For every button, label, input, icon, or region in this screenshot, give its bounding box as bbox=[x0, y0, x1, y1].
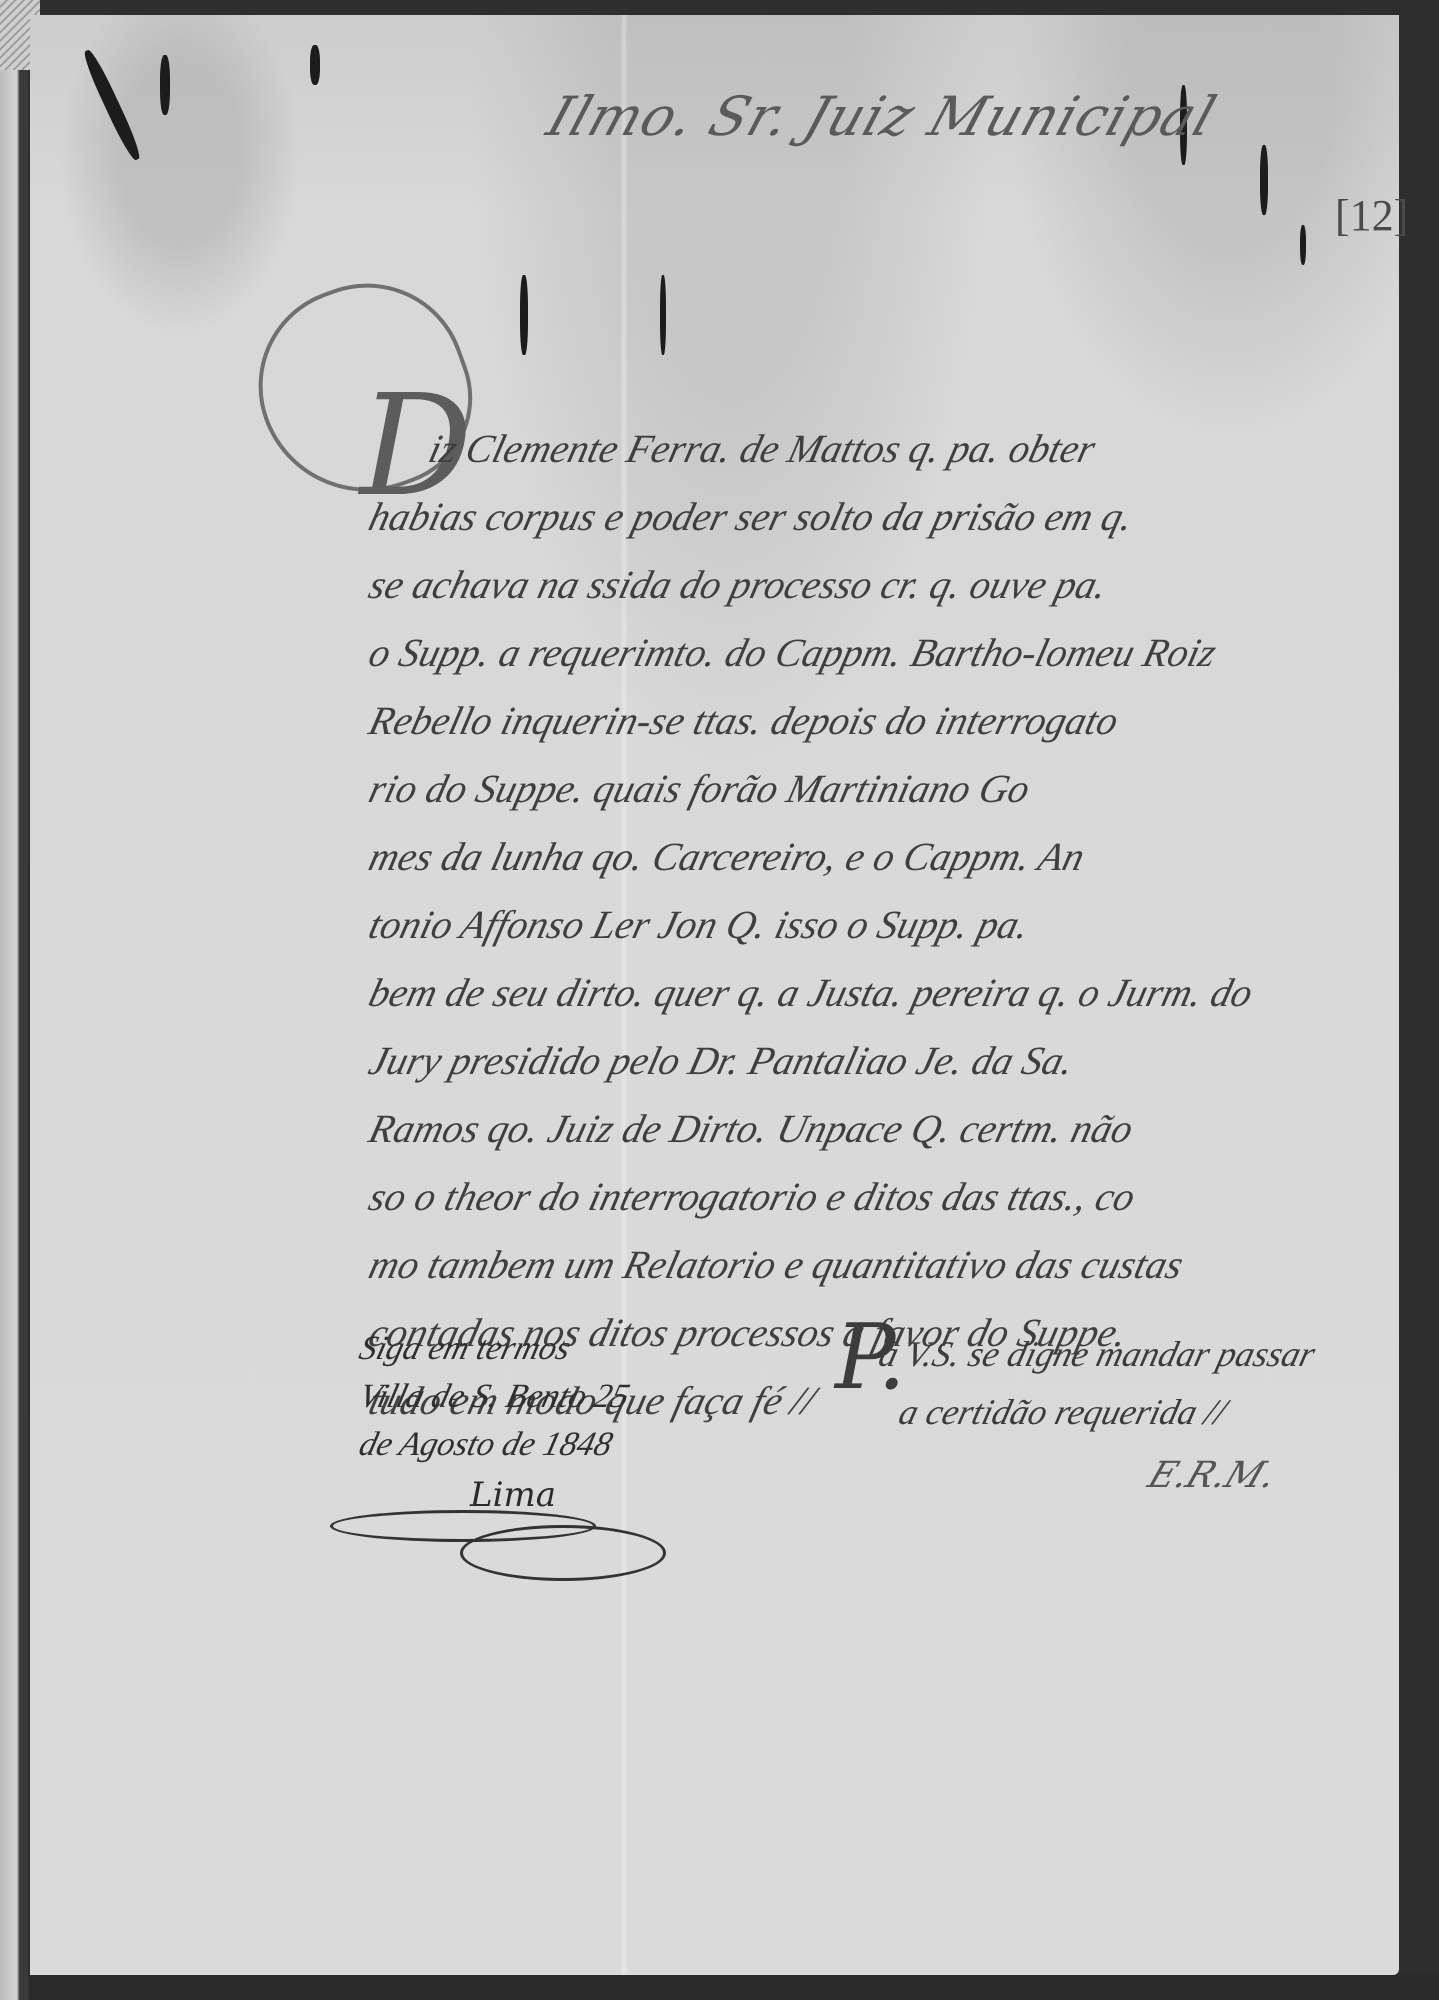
body-line: mo tambem um Relatorio e quantitativo da… bbox=[362, 1231, 1419, 1299]
folio-number: [12] bbox=[1335, 190, 1408, 241]
adjacent-page-edge bbox=[0, 0, 28, 2000]
body-line: se achava na ssida do processo cr. q. ou… bbox=[362, 551, 1419, 619]
petitioner-signature: E.R.M. bbox=[1143, 1455, 1283, 1496]
dispatch-line: Siga em termos bbox=[354, 1325, 786, 1373]
ink-blot bbox=[80, 48, 143, 163]
manuscript-page: Ilmo. Sr. Juiz Municipal [12] D iz Cleme… bbox=[30, 15, 1399, 1975]
ink-blot bbox=[520, 275, 528, 355]
body-line: iz Clemente Ferra. de Mattos q. pa. obte… bbox=[362, 415, 1419, 483]
body-line: o Supp. a requerimto. do Cappm. Bartho-l… bbox=[362, 619, 1419, 687]
dispatch-line: Villa de S. Bento 25 bbox=[354, 1373, 786, 1421]
closing-line: a V.S. se digne mandar passar bbox=[823, 1325, 1397, 1383]
request-closing: a V.S. se digne mandar passar a certidão… bbox=[830, 1325, 1390, 1441]
body-line: rio do Suppe. quais forão Martiniano Go bbox=[362, 755, 1419, 823]
ink-blot bbox=[160, 55, 170, 115]
ink-blot bbox=[660, 275, 666, 355]
ink-blot bbox=[1260, 145, 1268, 215]
ink-blot bbox=[310, 45, 320, 85]
body-line: Ramos qo. Juiz de Dirto. Unpace Q. certm… bbox=[362, 1095, 1419, 1163]
body-line: Jury presidido pelo Dr. Pantaliao Je. da… bbox=[362, 1027, 1419, 1095]
body-line: tonio Affonso Ler Jon Q. isso o Supp. pa… bbox=[362, 891, 1419, 959]
ink-blot bbox=[1300, 225, 1306, 265]
body-line: Rebello inquerin-se ttas. depois do inte… bbox=[362, 687, 1419, 755]
scan-background bbox=[30, 1975, 1439, 2000]
judge-signature: Lima bbox=[470, 1475, 556, 1515]
body-line: bem de seu dirto. quer q. a Justa. perei… bbox=[362, 959, 1419, 1027]
body-line: habias corpus e poder ser solto da prisã… bbox=[362, 483, 1419, 551]
signature-flourish bbox=[460, 1525, 666, 1581]
closing-line: a certidão requerida // bbox=[823, 1383, 1397, 1441]
body-line: mes da lunha qo. Carcereiro, e o Cappm. … bbox=[362, 823, 1419, 891]
petition-body: iz Clemente Ferra. de Mattos q. pa. obte… bbox=[370, 415, 1410, 1435]
dispatch-line: de Agosto de 1848 bbox=[354, 1421, 786, 1469]
salutation-header: Ilmo. Sr. Juiz Municipal bbox=[540, 85, 1224, 148]
dispatch-note: Siga em termos Villa de S. Bento 25 de A… bbox=[360, 1325, 780, 1469]
body-line: so o theor do interrogatorio e ditos das… bbox=[362, 1163, 1419, 1231]
